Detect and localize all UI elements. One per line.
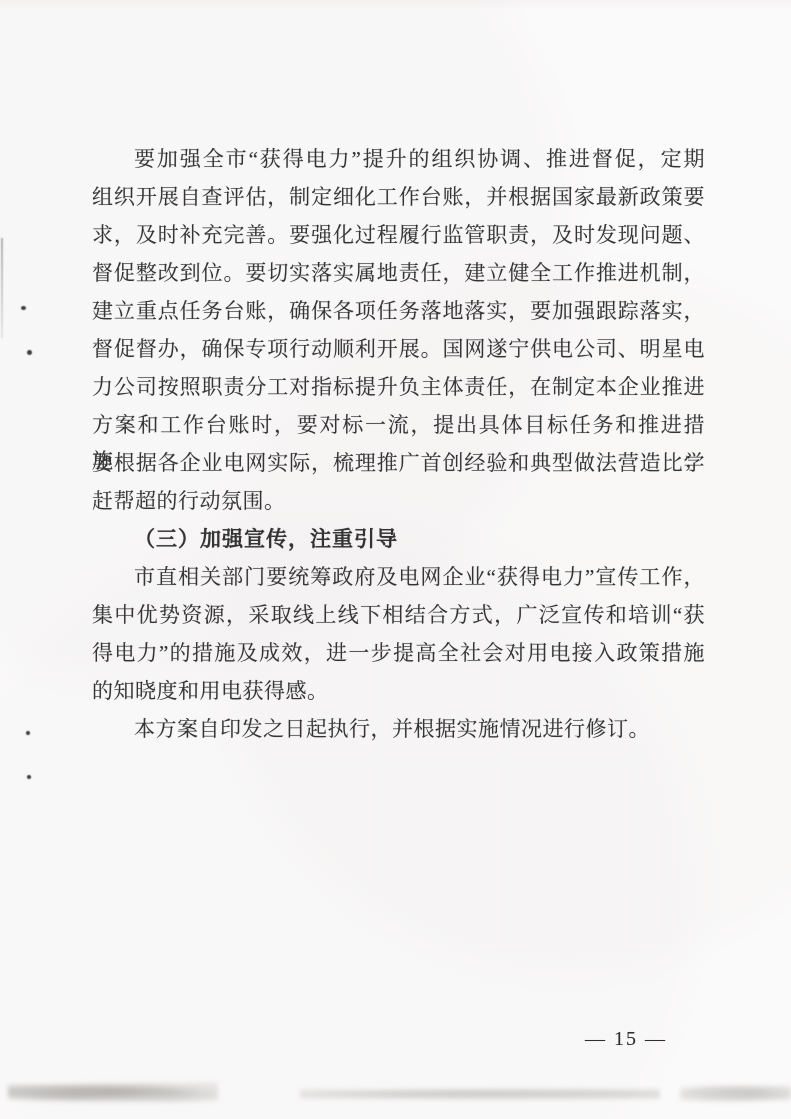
text-line: 督促督办，确保专项行动顺利开展。国网遂宁供电公司、明星电: [92, 331, 705, 369]
text-line: 集中优势资源，采取线上线下相结合方式，广泛宣传和培训“获: [92, 597, 705, 635]
scan-dot: [27, 775, 31, 779]
text-line: 建立重点任务台账，确保各项任务落地落实，要加强跟踪落实，: [92, 293, 705, 331]
text-line: 方案和工作台账时，要对标一流，提出具体目标任务和推进措施；: [92, 407, 705, 445]
scan-dot: [27, 350, 32, 355]
text-line: 本方案自印发之日起执行，并根据实施情况进行修订。: [92, 711, 705, 749]
text-line: 力公司按照职责分工对指标提升负主体责任，在制定本企业推进: [92, 369, 705, 407]
scan-edge-line: [1, 238, 3, 338]
document-page: 要加强全市“获得电力”提升的组织协调、推进督促，定期 组织开展自查评估，制定细化…: [0, 0, 791, 1119]
scan-dot: [26, 731, 30, 735]
text-line: 要根据各企业电网实际，梳理推广首创经验和典型做法营造比学: [92, 445, 705, 483]
text-line: 组织开展自查评估，制定细化工作台账，并根据国家最新政策要: [92, 179, 705, 217]
text-line: 得电力”的措施及成效，进一步提高全社会对用电接入政策措施: [92, 635, 705, 673]
text-line: 市直相关部门要统筹政府及电网企业“获得电力”宣传工作，: [92, 559, 705, 597]
scan-smudge: [680, 1084, 791, 1102]
text-line: 求，及时补充完善。要强化过程履行监管职责，及时发现问题、: [92, 217, 705, 255]
scan-smudge: [8, 1082, 218, 1102]
text-line: 要加强全市“获得电力”提升的组织协调、推进督促，定期: [92, 141, 705, 179]
page-number: — 15 —: [576, 1028, 676, 1051]
document-body: 要加强全市“获得电力”提升的组织协调、推进督促，定期 组织开展自查评估，制定细化…: [92, 141, 705, 749]
text-line: 的知晓度和用电获得感。: [92, 673, 705, 711]
scan-smudge: [300, 1088, 660, 1100]
scan-dot: [21, 306, 26, 310]
text-line: 赶帮超的行动氛围。: [92, 483, 705, 521]
text-line: 督促整改到位。要切实落实属地责任，建立健全工作推进机制，: [92, 255, 705, 293]
section-heading: （三）加强宣传，注重引导: [92, 521, 705, 559]
